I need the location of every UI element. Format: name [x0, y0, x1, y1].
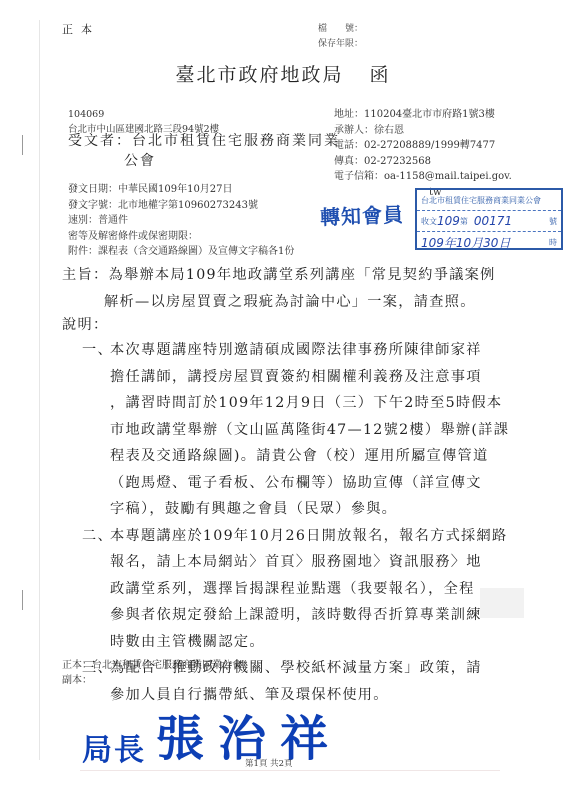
explanation-items: 一、本次專題講座特別邀請碩成國際法律事務所陳律師家祥 擔任講師，講授房屋買賣簽約…: [82, 337, 509, 708]
item-line: ，講習時間訂於109年12月9日（三）下午2時至5時假本: [82, 390, 509, 417]
issuer-name: 臺北市政府地政局: [175, 64, 343, 86]
document-meta: 發文日期：中華民國109年10月27日 發文字號：北市地權字第109602732…: [68, 182, 294, 260]
recipient-line2: 公會: [68, 151, 340, 171]
item-line: （跑馬燈、電子看板、公布欄等）協助宣傳（詳宣傳文: [82, 470, 509, 497]
binding-mark: [22, 590, 23, 610]
receipt-year: 109: [437, 214, 460, 228]
receipt-date: 109年10月30日: [421, 234, 510, 251]
contact-fax: 傳真：02-27232568: [334, 154, 512, 170]
recipient: 受文者：台北市租賃住宅服務商業同業 公會: [68, 131, 340, 171]
subject-line2: 解析—以房屋買賣之瑕疵為討論中心」一案，請查照。: [62, 289, 496, 316]
official-letter-page: 正本 檔 號： 保存年限： 臺北市政府地政局函 104069 台北市中山區建國北…: [0, 0, 566, 800]
receipt-di: 第: [460, 216, 468, 227]
receipt-stamp: 台北市租賃住宅服務商業同業公會 收文 109 第 00171 號 109年10月…: [415, 188, 563, 250]
receipt-hao: 號: [549, 216, 557, 227]
contact-handler: 承辦人：徐右恩: [334, 123, 512, 139]
item-line: 政講堂系列，選擇旨揭課程並點選（我要報名），全程: [82, 576, 509, 603]
contact-block: 地址：110204臺北市市府路1號3樓 承辦人：徐右恩 電話：02-272088…: [334, 107, 512, 200]
receipt-stamp-date: 109年10月30日 時: [417, 232, 561, 252]
item-line: 市地政講堂舉辦（文山區萬隆街47—12號2樓）舉辦(詳課: [82, 417, 509, 444]
receipt-time-label: 時: [549, 237, 557, 248]
subject-line1: 主旨：為舉辦本局109年地政講堂系列講座「常見契約爭議案例: [62, 267, 496, 283]
receipt-prefix: 收文: [421, 216, 437, 227]
file-number-label: 檔 號：: [318, 22, 363, 37]
forward-stamp: 轉知會員: [320, 199, 405, 231]
distribution-block: 正本：台北市租賃住宅服務商業同業公會 副本：: [62, 658, 242, 688]
page-number: 第1頁 共2頁: [245, 757, 293, 769]
document-title: 臺北市政府地政局函: [0, 60, 566, 87]
contact-address: 地址：110204臺北市市府路1號3樓: [334, 107, 512, 123]
item-line: 報名，請上本局網站〉首頁〉服務園地〉資訊服務〉地: [82, 549, 509, 576]
explanation-label: 說明：: [62, 312, 108, 339]
signature-title: 局長: [82, 733, 146, 768]
explanation-item-2: 二、本專題講座於109年10月26日開放報名，報名方式採網路 報名，請上本局網站…: [82, 523, 509, 656]
item-number: 二、: [82, 523, 110, 550]
director-signature-stamp: 局長張治祥: [82, 700, 342, 769]
doc-number: 發文字號：北市地權字第10960273243號: [68, 198, 294, 214]
item-number: 一、: [82, 337, 110, 364]
contact-email: 電子信箱：oa-1158@mail.taipei.gov.: [334, 169, 512, 185]
recipient-zip: 104069: [68, 108, 219, 123]
cc-copy: 副本：: [62, 673, 242, 688]
item-line: 本次專題講座特別邀請碩成國際法律事務所陳律師家祥: [110, 342, 482, 358]
receipt-number: 00171: [474, 214, 512, 228]
copy-type-label: 正本: [62, 21, 100, 37]
receipt-org-text: 台北市租賃住宅服務商業同業公會: [421, 195, 541, 206]
attachment: 附件：課程表（含交通路線圖）及宣傳文字稿各1份: [68, 244, 294, 260]
contact-phone: 電話：02-27208889/1999轉7477: [334, 138, 512, 154]
item-line: 程表及交通路線圖)。請貴公會（校）運用所屬宣傳管道: [82, 443, 509, 470]
delivery-speed: 速別：普通件: [68, 213, 294, 229]
file-info: 檔 號： 保存年限：: [318, 22, 363, 52]
item-line: 時數由主管機關認定。: [82, 629, 509, 656]
item-line: 本專題講座於109年10月26日開放報名，報名方式採網路: [110, 528, 508, 544]
item-line: 參與者依規定發給上課證明，該時數得否折算專業訓練: [82, 602, 509, 629]
binding-mark: [22, 135, 23, 155]
explanation-item-1: 一、本次專題講座特別邀請碩成國際法律事務所陳律師家祥 擔任講師，講授房屋買賣簽約…: [82, 337, 509, 523]
doc-type: 函: [370, 64, 391, 86]
subject: 主旨：為舉辦本局109年地政講堂系列講座「常見契約爭議案例 解析—以房屋買賣之瑕…: [62, 262, 496, 315]
faint-stamp-mark: [480, 588, 524, 618]
item-line: 擔任講師，講授房屋買賣簽約相關權利義務及注意事項: [82, 364, 509, 391]
issue-date: 發文日期：中華民國109年10月27日: [68, 182, 294, 198]
retention-label: 保存年限：: [318, 37, 363, 52]
page-bottom-line: [80, 770, 500, 771]
item-line: 字稿），鼓勵有興趣之會員（民眾）參與。: [82, 496, 509, 523]
receipt-stamp-number: 收文 109 第 00171 號: [417, 211, 561, 232]
cc-main: 正本：台北市租賃住宅服務商業同業公會: [62, 658, 242, 673]
secrecy-level: 密等及解密條件或保密期限：: [68, 229, 294, 245]
receipt-stamp-org: 台北市租賃住宅服務商業同業公會: [417, 190, 561, 211]
page-margin-line: [39, 20, 40, 760]
recipient-line1: 受文者：台北市租賃住宅服務商業同業: [68, 133, 340, 149]
